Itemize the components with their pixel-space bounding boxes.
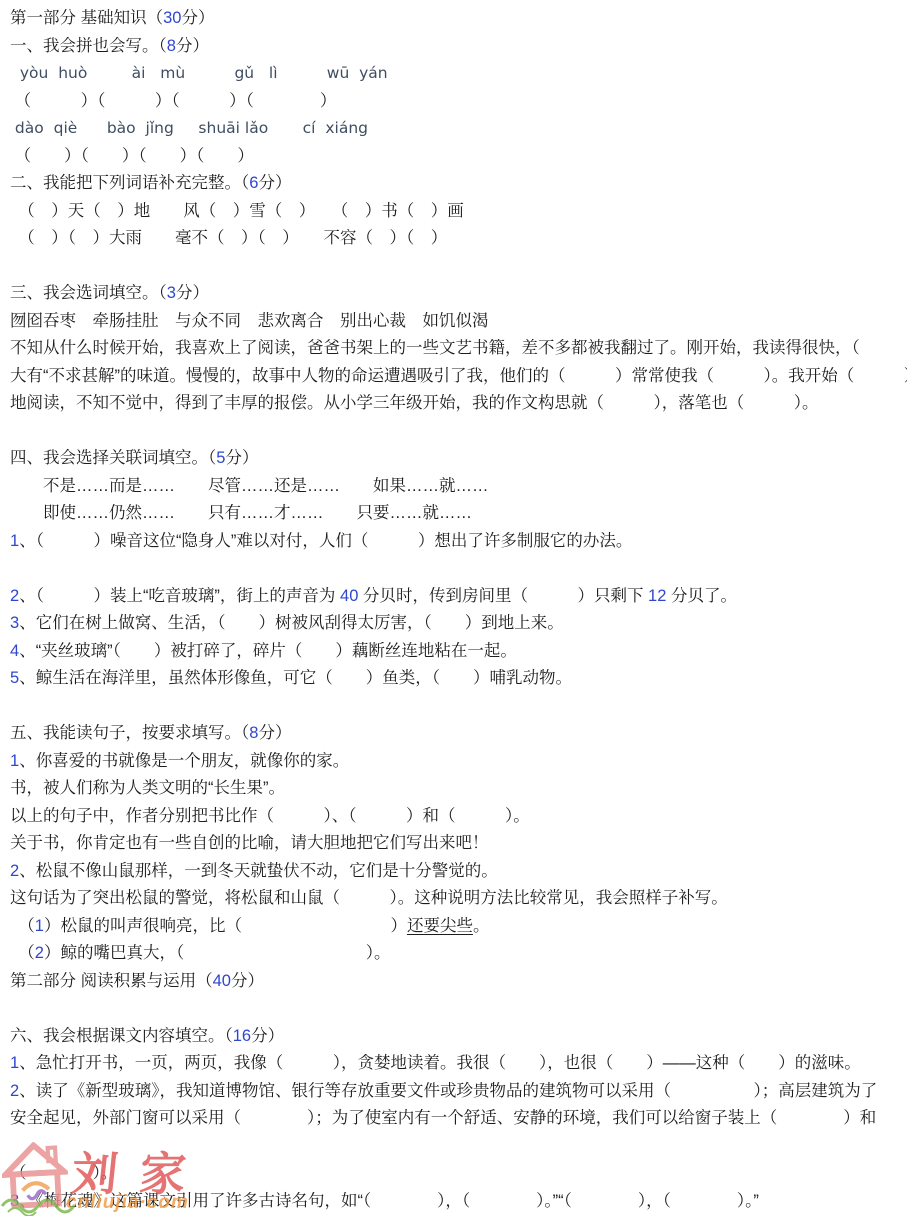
text-line-44: 3、《梅花魂》这篇课文引用了许多古诗名句，如“（ ），（ ）。”“（ ），（ ）…	[10, 1188, 907, 1216]
text-line-22: 2、（ ）装上“吃音玻璃”，街上的声音为 40 分贝时，传到房间里（ ）只剩下 …	[10, 583, 907, 611]
text-segment: 、急忙打开书，一页，两页，我像（ ），贪婪地读着。我很（ ），也很（ ）——这种…	[19, 1054, 861, 1072]
text-segment: 还要尖些	[407, 917, 473, 935]
text-line-25: 5、鲸生活在海洋里，虽然体形像鱼，可它（ ）鱼类，（ ）哺乳动物。	[10, 665, 907, 693]
blue-number: 16	[233, 1027, 251, 1045]
text-line-35: （2）鲸的嘴巴真大，（ ）。	[10, 940, 907, 968]
text-line-13: 不知从什么时候开始，我喜欢上了阅读，爸爸书架上的一些文艺书籍，差不多都被我翻过了…	[10, 335, 907, 363]
text-line-5: dào qiè bào jǐng shuāi lǎo cí xiáng	[10, 115, 907, 143]
text-line-4: （ ）（ ）（ ）（ ）	[10, 88, 907, 116]
text-line-40: 2、读了《新型玻璃》，我知道博物馆、银行等存放重要文件或珍贵物品的建筑物可以采用…	[10, 1078, 907, 1106]
text-segment: 大有“不求甚解”的味道。慢慢的，故事中人物的命运遭遇吸引了我，他们的（ ）常常使…	[10, 367, 907, 385]
text-segment: 、松鼠不像山鼠那样，一到冬天就蛰伏不动，它们是十分警觉的。	[19, 862, 498, 880]
text-segment: 书，被人们称为人类文明的“长生果”。	[10, 779, 285, 797]
text-segment: 不是……而是…… 尽管……还是…… 如果……就……	[10, 477, 489, 495]
text-line-3: yòu huò ài mù gǔ lì wū yán	[10, 60, 907, 88]
text-segment: 囫囵吞枣 牵肠挂肚 与众不同 悲欢离合 别出心裁 如饥似渴	[10, 312, 489, 330]
text-segment: 三、我会选词填空。（	[10, 284, 167, 302]
text-segment: 、鲸生活在海洋里，虽然体形像鱼，可它（ ）鱼类，（ ）哺乳动物。	[19, 669, 572, 687]
text-line-12: 囫囵吞枣 牵肠挂肚 与众不同 悲欢离合 别出心裁 如饥似渴	[10, 308, 907, 336]
text-segment: 即使……仍然…… 只有……才…… 只要……就……	[10, 504, 472, 522]
text-segment: 不知从什么时候开始，我喜欢上了阅读，爸爸书架上的一些文艺书籍，差不多都被我翻过了…	[10, 339, 907, 357]
text-segment: ）松鼠的叫声很响亮，比（ ）	[44, 917, 407, 935]
text-segment: 这句话为了突出松鼠的警觉，将松鼠和山鼠（ ）。这种说明方法比较常见，我会照样子补…	[10, 889, 728, 907]
text-line-14: 大有“不求甚解”的味道。慢慢的，故事中人物的命运遭遇吸引了我，他们的（ ）常常使…	[10, 363, 907, 391]
text-segment: 。	[473, 917, 490, 935]
text-line-23: 3、它们在树上做窝、生活，（ ）树被风刮得太厉害，（ ）到地上来。	[10, 610, 907, 638]
blue-number: 1	[10, 752, 19, 770]
exam-paper-page: 第一部分 基础知识（30分）一、我会拼也会写。（8分） yòu huò ài m…	[0, 0, 909, 1217]
text-segment: 六、我会根据课文内容填空。（	[10, 1027, 233, 1045]
text-segment: （	[10, 917, 35, 935]
text-line-8: （ ）天（ ）地 风（ ）雪（ ） （ ）书（ ）画	[10, 198, 907, 226]
text-segment: 、《梅花魂》这篇课文引用了许多古诗名句，如“（ ），（ ）。”“（ ），（ ）。…	[19, 1192, 759, 1210]
text-line-29: 书，被人们称为人类文明的“长生果”。	[10, 775, 907, 803]
text-segment: 第二部分 阅读积累与运用（	[10, 972, 213, 990]
blue-number: 4	[10, 642, 19, 660]
text-line-10	[10, 253, 907, 281]
text-segment: 分）	[181, 9, 214, 27]
text-line-6: （ ）（ ）（ ）（ ）	[10, 143, 907, 171]
text-segment: 以上的句子中，作者分别把书比作（ ）、（ ）和（ ）。	[10, 807, 530, 825]
blue-number: 30	[163, 9, 181, 27]
text-line-9: （ ）（ ）大雨 毫不（ ）（ ） 不容（ ）（ ）	[10, 225, 907, 253]
text-line-37	[10, 995, 907, 1023]
text-segment: 分）	[258, 174, 291, 192]
blue-number: 8	[167, 37, 176, 55]
text-line-21	[10, 555, 907, 583]
text-segment: 四、我会选择关联词填空。（	[10, 449, 216, 467]
text-segment: 关于书，你肯定也有一些自创的比喻，请大胆地把它们写出来吧！	[10, 834, 489, 852]
pinyin-text: dào qiè bào jǐng shuāi lǎo cí xiáng	[10, 119, 368, 137]
text-segment: 、“夹丝玻璃”（ ）被打碎了，碎片（ ）藕断丝连地粘在一起。	[19, 642, 517, 660]
text-line-38: 六、我会根据课文内容填空。（16分）	[10, 1023, 907, 1051]
text-segment: （ ）天（ ）地 风（ ）雪（ ） （ ）书（ ）画	[10, 202, 464, 220]
text-line-28: 1、你喜爱的书就像是一个朋友，就像你的家。	[10, 748, 907, 776]
text-line-41: 安全起见，外部门窗可以采用（ ）；为了使室内有一个舒适、安静的环境，我们可以给窗…	[10, 1105, 907, 1133]
text-segment: 分贝了。	[666, 587, 737, 605]
text-segment: 分贝时，传到房间里（ ）只剩下	[358, 587, 648, 605]
text-segment: 分）	[176, 37, 209, 55]
blue-number: 1	[35, 917, 44, 935]
text-segment: 安全起见，外部门窗可以采用（ ）；为了使室内有一个舒适、安静的环境，我们可以给窗…	[10, 1109, 876, 1127]
blue-number: 40	[340, 587, 358, 605]
text-line-15: 地阅读，不知不觉中，得到了丰厚的报偿。从小学三年级开始，我的作文构思就（ ），落…	[10, 390, 907, 418]
text-segment: （ ）。	[10, 1164, 117, 1182]
text-line-11: 三、我会选词填空。（3分）	[10, 280, 907, 308]
text-segment: 、（ ）噪音这位“隐身人”难以对付，人们（ ）想出了许多制服它的办法。	[19, 532, 632, 550]
text-segment: （ ）（ ）（ ）（ ）	[10, 92, 336, 110]
text-segment: 分）	[231, 972, 264, 990]
text-line-20: 1、（ ）噪音这位“隐身人”难以对付，人们（ ）想出了许多制服它的办法。	[10, 528, 907, 556]
text-line-27: 五、我能读句子，按要求填写。（8分）	[10, 720, 907, 748]
text-line-31: 关于书，你肯定也有一些自创的比喻，请大胆地把它们写出来吧！	[10, 830, 907, 858]
text-segment: 、（ ）装上“吃音玻璃”，街上的声音为	[19, 587, 340, 605]
text-segment: 分）	[225, 449, 258, 467]
blue-number: 2	[10, 587, 19, 605]
text-segment: 第一部分 基础知识（	[10, 9, 163, 27]
text-segment: （ ）（ ）（ ）（ ）	[10, 147, 254, 165]
text-line-18: 不是……而是…… 尽管……还是…… 如果……就……	[10, 473, 907, 501]
text-line-2: 一、我会拼也会写。（8分）	[10, 33, 907, 61]
text-line-33: 这句话为了突出松鼠的警觉，将松鼠和山鼠（ ）。这种说明方法比较常见，我会照样子补…	[10, 885, 907, 913]
blue-number: 2	[35, 944, 44, 962]
blue-number: 2	[10, 862, 19, 880]
text-line-1: 第一部分 基础知识（30分）	[10, 5, 907, 33]
text-segment: 分）	[251, 1027, 284, 1045]
text-segment: （	[10, 944, 35, 962]
text-line-42	[10, 1133, 907, 1161]
text-segment: 一、我会拼也会写。（	[10, 37, 167, 55]
blue-number: 5	[10, 669, 19, 687]
text-line-24: 4、“夹丝玻璃”（ ）被打碎了，碎片（ ）藕断丝连地粘在一起。	[10, 638, 907, 666]
text-segment: 分）	[176, 284, 209, 302]
text-line-43: （ ）。	[10, 1160, 907, 1188]
text-line-16	[10, 418, 907, 446]
text-segment: 分）	[258, 724, 291, 742]
exam-document: 第一部分 基础知识（30分）一、我会拼也会写。（8分） yòu huò ài m…	[10, 5, 907, 1215]
blue-number: 3	[10, 1192, 19, 1210]
text-segment: 、你喜爱的书就像是一个朋友，就像你的家。	[19, 752, 349, 770]
text-line-34: （1）松鼠的叫声很响亮，比（ ）还要尖些。	[10, 913, 907, 941]
text-line-36: 第二部分 阅读积累与运用（40分）	[10, 968, 907, 996]
text-line-7: 二、我能把下列词语补充完整。（6分）	[10, 170, 907, 198]
blue-number: 1	[10, 532, 19, 550]
blue-number: 3	[10, 614, 19, 632]
text-line-26	[10, 693, 907, 721]
text-segment: ）鲸的嘴巴真大，（ ）。	[44, 944, 391, 962]
pinyin-text: yòu huò ài mù gǔ lì wū yán	[10, 64, 388, 82]
blue-number: 40	[213, 972, 231, 990]
text-line-17: 四、我会选择关联词填空。（5分）	[10, 445, 907, 473]
text-segment: 二、我能把下列词语补充完整。（	[10, 174, 249, 192]
blue-number: 2	[10, 1082, 19, 1100]
text-line-32: 2、松鼠不像山鼠那样，一到冬天就蛰伏不动，它们是十分警觉的。	[10, 858, 907, 886]
text-segment: 、它们在树上做窝、生活，（ ）树被风刮得太厉害，（ ）到地上来。	[19, 614, 564, 632]
text-line-30: 以上的句子中，作者分别把书比作（ ）、（ ）和（ ）。	[10, 803, 907, 831]
text-line-19: 即使……仍然…… 只有……才…… 只要……就……	[10, 500, 907, 528]
text-segment: 五、我能读句子，按要求填写。（	[10, 724, 249, 742]
text-line-39: 1、急忙打开书，一页，两页，我像（ ），贪婪地读着。我很（ ），也很（ ）——这…	[10, 1050, 907, 1078]
blue-number: 1	[10, 1054, 19, 1072]
text-segment: 、读了《新型玻璃》，我知道博物馆、银行等存放重要文件或珍贵物品的建筑物可以采用（…	[19, 1082, 877, 1100]
blue-number: 12	[648, 587, 666, 605]
text-segment: 地阅读，不知不觉中，得到了丰厚的报偿。从小学三年级开始，我的作文构思就（ ），落…	[10, 394, 819, 412]
blue-number: 3	[167, 284, 176, 302]
text-segment: （ ）（ ）大雨 毫不（ ）（ ） 不容（ ）（ ）	[10, 229, 447, 247]
